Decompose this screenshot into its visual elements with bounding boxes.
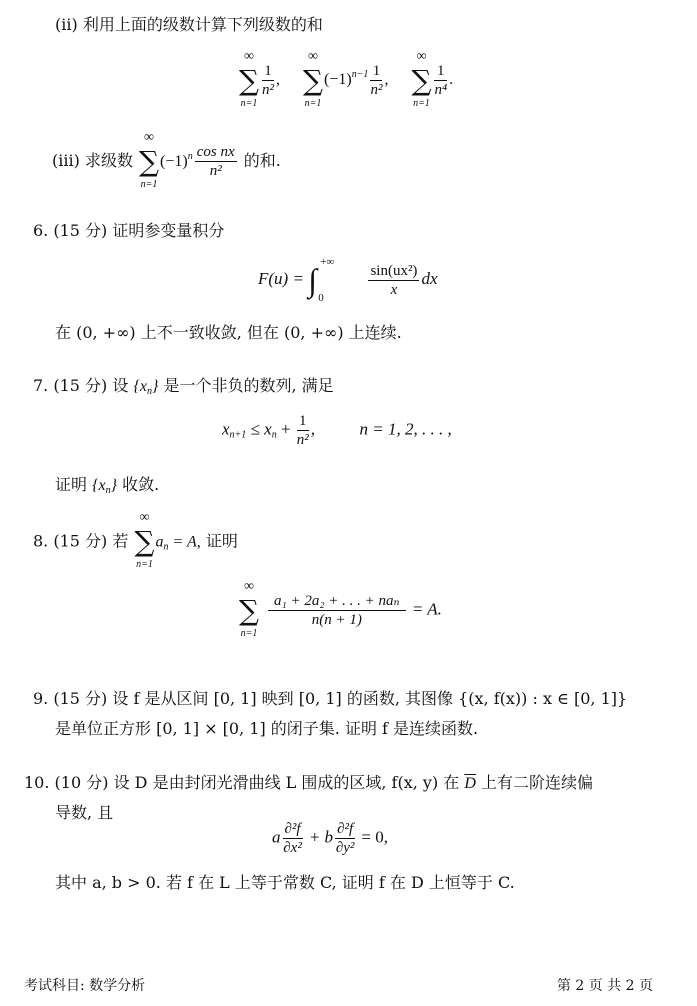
fraction: 1n² [370, 62, 382, 99]
item-label: (ii) [55, 15, 78, 34]
problem-7-conclusion: 证明 {xn} 收敛. [55, 472, 159, 496]
problem-6-heading: 6. (15 分) 证明参变量积分 [33, 218, 224, 241]
integral-symbol: ∫+∞0 [308, 260, 342, 300]
problem-6-formula: F(u) = ∫+∞0 sin(ux²)xdx [258, 260, 437, 300]
sum-symbol: ∞∑n=1 [138, 148, 160, 176]
problem-9-line1: 9. (15 分) 设 f 是从区间 [0, 1] 映到 [0, 1] 的函数,… [33, 686, 627, 709]
item-label: (iii) [52, 151, 80, 170]
fraction: cos nxn² [195, 143, 237, 180]
sum-symbol: ∞∑n=1 [238, 597, 260, 625]
footer-subject: 考试科目: 数学分析 [24, 975, 145, 995]
sum-symbol: ∞∑n=1 [302, 67, 324, 95]
fraction: sin(ux²)x [368, 262, 419, 299]
problem-10-formula: a∂²f∂x² + b∂²f∂y² = 0, [272, 820, 388, 857]
fraction: 1n² [262, 62, 274, 99]
problem-points: (15 分) [53, 376, 107, 395]
problem-8-formula: ∞∑n=1a₁ + 2a₂ + . . . + naₙn(n + 1) = A. [238, 592, 442, 629]
problem-points: (15 分) [53, 221, 107, 240]
problem-7-heading: 7. (15 分) 设 {xn} 是一个非负的数列, 满足 [33, 373, 334, 397]
problem-points: (10 分) [55, 773, 109, 792]
problem-8-heading: 8. (15 分) 若 ∞∑n=1an = A, 证明 [33, 528, 238, 556]
problem-text: 证明参变量积分 [112, 221, 224, 240]
problem-6-conclusion: 在 (0, +∞) 上不一致收敛, 但在 (0, +∞) 上连续. [55, 320, 402, 343]
problem-10-conclusion: 其中 a, b > 0. 若 f 在 L 上等于常数 C, 证明 f 在 D 上… [55, 870, 515, 893]
problem-number: 6. [33, 221, 48, 240]
sum-symbol: ∞∑n=1 [134, 528, 156, 556]
sum-symbol: ∞∑n=1 [238, 67, 260, 95]
problem-number: 7. [33, 376, 48, 395]
item-ii-formula: ∞∑n=11n², ∞∑n=1(−1)n−11n², ∞∑n=11n⁴. [238, 62, 453, 99]
footer-page-number: 第 2 页 共 2 页 [557, 975, 653, 995]
problem-number: 10. [24, 773, 49, 792]
problem-number: 9. [33, 689, 48, 708]
problem-number: 8. [33, 532, 48, 551]
sum-symbol: ∞∑n=1 [410, 67, 432, 95]
fraction: a₁ + 2a₂ + . . . + naₙn(n + 1) [268, 592, 406, 629]
item-ii-heading: (ii) 利用上面的级数计算下列级数的和 [55, 12, 323, 35]
problem-10-line1: 10. (10 分) 设 D 是由封闭光滑曲线 L 围成的区域, f(x, y)… [24, 770, 593, 793]
problem-points: (15 分) [53, 532, 107, 551]
item-iii: (iii) 求级数 ∞∑n=1(−1)ncos nxn² 的和. [52, 143, 281, 180]
item-text: 利用上面的级数计算下列级数的和 [83, 15, 323, 34]
problem-7-formula: xn+1 ≤ xn + 1n², n = 1, 2, . . . , [222, 412, 452, 449]
fraction: 1n⁴ [434, 62, 447, 99]
problem-9-line2: 是单位正方形 [0, 1] × [0, 1] 的闭子集. 证明 f 是连续函数. [55, 716, 478, 739]
problem-10-line2: 导数, 且 [55, 800, 113, 823]
problem-points: (15 分) [53, 689, 107, 708]
